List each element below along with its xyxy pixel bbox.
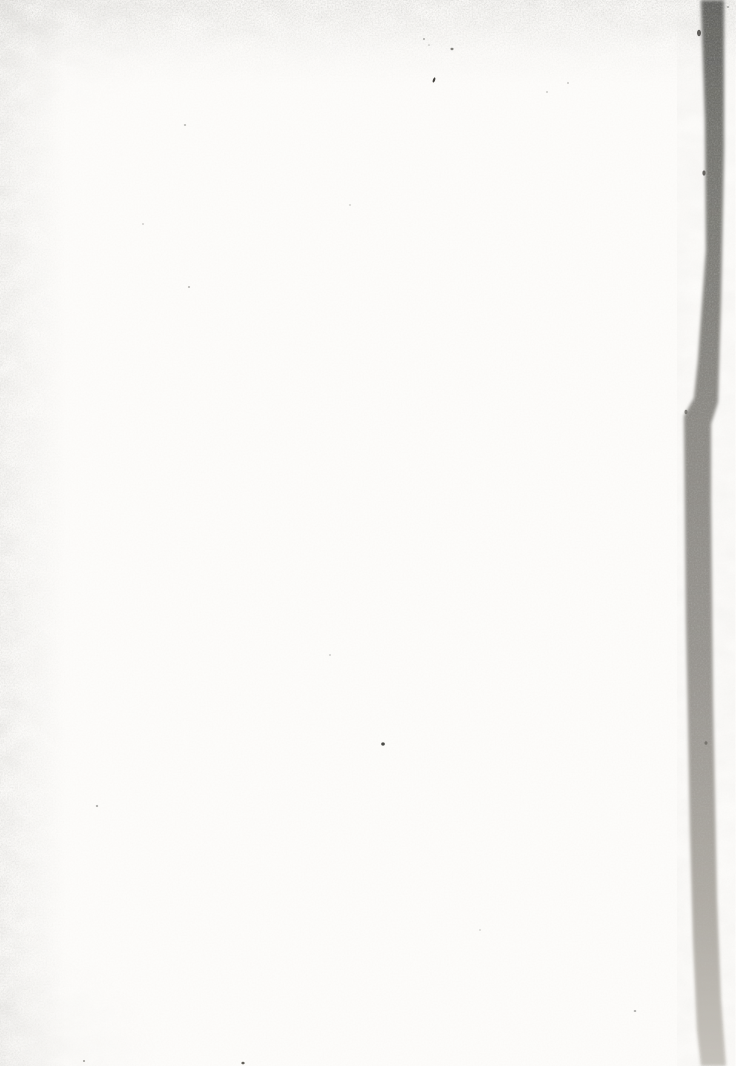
dust-speck — [451, 48, 454, 50]
dust-speck — [329, 654, 331, 656]
dust-speck — [184, 124, 186, 126]
dust-speck — [546, 91, 548, 93]
dust-speck — [96, 805, 98, 807]
scanned-page — [0, 0, 736, 1066]
bottom-left-corner-noise — [0, 906, 200, 1066]
top-left-corner-noise — [0, 0, 230, 160]
scan-artifacts-layer — [0, 0, 736, 1066]
dust-speck — [381, 742, 385, 745]
dust-speck — [241, 1062, 244, 1065]
dust-speck — [634, 1010, 637, 1012]
dust-speck — [142, 223, 144, 225]
dust-speck — [727, 6, 729, 8]
dust-speck — [685, 410, 688, 414]
dust-speck — [83, 1060, 85, 1062]
dust-speck — [705, 741, 708, 745]
dust-speck — [702, 170, 705, 175]
dust-speck — [479, 929, 481, 931]
dust-speck — [567, 82, 569, 84]
dust-speck — [188, 286, 190, 288]
dust-speck — [428, 44, 430, 46]
dust-speck — [349, 204, 351, 206]
dust-speck — [697, 30, 701, 36]
dust-speck — [423, 38, 425, 40]
